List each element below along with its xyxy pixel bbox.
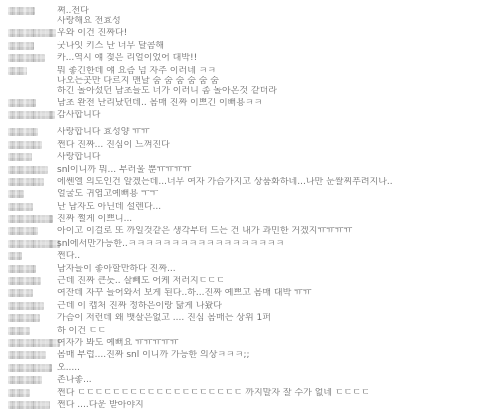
- username-column: [8, 338, 57, 347]
- comment-text-line: 여잔데 자꾸 들어와서 보게 된다..하...진짜 예쁘고 몸매 대박 ㅠㅠ: [57, 288, 476, 298]
- redacted-username[interactable]: [8, 314, 40, 322]
- comment-row: 사랑합니다 효성양 ㅠㅠ: [8, 127, 476, 137]
- comment-text-line: 쩐다 ㄷㄷㄷㄷㄷㄷㄷㄷㄷㄷㄷㄷㄷㄷㄷㄷㄷㄷㄷ 까지말자 잘 수가 없네 ㄷㄷㄷㄷ: [57, 388, 476, 398]
- redacted-username[interactable]: [8, 227, 38, 235]
- comment-body: 몸매 부럽....진짜 snl 이니까 가능한 의상ㅋㅋㅋ;;: [57, 350, 476, 360]
- redacted-username[interactable]: [8, 166, 48, 174]
- comment-text-line: 우와 이건 진짜다!: [57, 28, 476, 38]
- comment-row: snl에서만가능한..ㅋㅋㅋㅋㅋㅋㅋㅋㅋㅋㅋㅋㅋㅋㅋㅋㅋㅋ: [8, 239, 476, 249]
- comment-text-line: 난 남자도 아닌데 설렌다...: [57, 202, 476, 212]
- comment-row: 존나좋...: [8, 375, 476, 385]
- redacted-username[interactable]: [8, 190, 24, 198]
- comment-text-line: 쩐다 진짜... 진심이 느껴진다: [57, 140, 476, 150]
- redacted-username[interactable]: [8, 327, 30, 335]
- redacted-username[interactable]: [8, 289, 33, 297]
- redacted-username[interactable]: [8, 141, 42, 149]
- comment-text-line: 근데 진짜 큰듯.. 살빼도 어케 저러지ㄷㄷㄷ: [57, 276, 476, 286]
- redacted-username[interactable]: [8, 265, 36, 273]
- comment-row: 하 이건 ㄷㄷ: [8, 326, 476, 336]
- redacted-username[interactable]: [8, 29, 56, 37]
- username-column: [8, 363, 57, 372]
- redacted-username[interactable]: [8, 389, 30, 397]
- comment-text-line: 에쎈엘 의도인건 알겠는데...너무 여자 가슴가지고 상품화하네...나만 눈…: [57, 177, 476, 187]
- username-column: [8, 98, 57, 107]
- redacted-username[interactable]: [8, 42, 34, 50]
- redacted-username[interactable]: [8, 240, 60, 248]
- username-column: [8, 239, 57, 248]
- redacted-username[interactable]: [8, 111, 55, 119]
- comment-body: 근데 진짜 큰듯.. 살빼도 어케 저러지ㄷㄷㄷ: [57, 276, 476, 286]
- username-column: [8, 177, 57, 186]
- username-column: [8, 127, 57, 136]
- comment-body: 감사합니다: [57, 110, 476, 120]
- comment-body: 뭐 좋긴한데 얘 요즘 넘 자주 이러네 ㅋㅋ나오는곳만 다르지 맨날 숨 숨 …: [57, 66, 476, 96]
- redacted-username[interactable]: [8, 252, 22, 260]
- redacted-username[interactable]: [8, 376, 42, 384]
- username-column: [8, 214, 57, 223]
- comment-body: 하 이건 ㄷㄷ: [57, 326, 476, 336]
- comment-body: 여잔데 자꾸 들어와서 보게 된다..하...진짜 예쁘고 몸매 대박 ㅠㅠ: [57, 288, 476, 298]
- comment-body: snl이니까 뭐... 부러울 뿐ㅠㅠㅠㅠ: [57, 165, 476, 175]
- comment-body: 쩐다..: [57, 251, 476, 261]
- redacted-username[interactable]: [8, 277, 41, 285]
- comment-row: 난 남자도 아닌데 설렌다...: [8, 202, 476, 212]
- username-column: [8, 189, 57, 198]
- comment-body: 여자가 봐도 예뻐요 ㅠㅠㅠㅠㅠ: [57, 338, 476, 348]
- comment-row: 아이고 이걸로 또 까일것같은 생각부터 드는 건 내가 과민한 거겠지ㅠㅠㅠㅠ: [8, 226, 476, 236]
- comment-text-line: 남자들이 좋아할만하다 진짜...: [57, 264, 476, 274]
- comment-body: 아이고 이걸로 또 까일것같은 생각부터 드는 건 내가 과민한 거겠지ㅠㅠㅠㅠ: [57, 226, 476, 236]
- comment-body: 진짜 쩔게 이쁘니...: [57, 214, 476, 224]
- comment-body: 근데 이 캡처 진짜 정하은이랑 닮게 나왔다: [57, 301, 476, 311]
- redacted-username[interactable]: [8, 364, 52, 372]
- comment-row: 진짜 쩔게 이쁘니...: [8, 214, 476, 224]
- comment-text-line: 얼굴도 귀엽고예뻐용 ㅜㅜ: [57, 189, 476, 199]
- comment-row: 여자가 봐도 예뻐요 ㅠㅠㅠㅠㅠ: [8, 338, 476, 348]
- redacted-username[interactable]: [8, 178, 44, 186]
- redacted-username[interactable]: [8, 99, 36, 107]
- comment-text-line: 하 이건 ㄷㄷ: [57, 326, 476, 336]
- comment-row: 굿나잇 키스 난 너무 달콤해: [8, 41, 476, 51]
- username-column: [8, 140, 57, 149]
- comment-body: 우와 이건 진짜다!: [57, 28, 476, 38]
- comment-text-line: 사랑합니다: [57, 152, 476, 162]
- redacted-username[interactable]: [8, 203, 33, 211]
- comment-list: 쪄..전다사랑해요 전효성 우와 이건 진짜다! 굿나잇 키스 난 너무 달콤해…: [0, 0, 480, 410]
- username-column: [8, 388, 57, 397]
- username-column: [8, 276, 57, 285]
- comment-row: snl이니까 뭐... 부러울 뿐ㅠㅠㅠㅠ: [8, 165, 476, 175]
- redacted-username[interactable]: [8, 351, 46, 359]
- redacted-username[interactable]: [8, 54, 45, 62]
- comment-body: 쩐다 진짜... 진심이 느껴진다: [57, 140, 476, 150]
- redacted-username[interactable]: [8, 302, 44, 310]
- comment-body: 존나좋...: [57, 375, 476, 385]
- redacted-username[interactable]: [8, 67, 27, 75]
- comment-text-line: 사랑합니다 효성양 ㅠㅠ: [57, 127, 476, 137]
- comment-text-line: 사랑해요 전효성: [57, 16, 476, 26]
- username-column: [8, 326, 57, 335]
- username-column: [8, 110, 57, 119]
- username-column: [8, 264, 57, 273]
- username-column: [8, 400, 57, 409]
- comment-text-line: snl에서만가능한..ㅋㅋㅋㅋㅋㅋㅋㅋㅋㅋㅋㅋㅋㅋㅋㅋㅋㅋ: [57, 239, 476, 249]
- comment-row: 쩐다..: [8, 251, 476, 261]
- redacted-username[interactable]: [8, 153, 32, 161]
- comment-row: 근데 이 캡처 진짜 정하은이랑 닮게 나왔다: [8, 301, 476, 311]
- comment-text-line: 오.....: [57, 363, 476, 373]
- username-column: [8, 66, 57, 75]
- comment-body: snl에서만가능한..ㅋㅋㅋㅋㅋㅋㅋㅋㅋㅋㅋㅋㅋㅋㅋㅋㅋㅋ: [57, 239, 476, 249]
- comment-body: 난 남자도 아닌데 설렌다...: [57, 202, 476, 212]
- comment-row: 남자들이 좋아할만하다 진짜...: [8, 264, 476, 274]
- username-column: [8, 226, 57, 235]
- comment-body: 남자들이 좋아할만하다 진짜...: [57, 264, 476, 274]
- username-column: [8, 202, 57, 211]
- comment-text-line: 근데 이 캡처 진짜 정하은이랑 닮게 나왔다: [57, 301, 476, 311]
- comment-row: 가슴이 저런데 왜 뱃살은없고 .... 진심 몸매는 상위 1퍼: [8, 313, 476, 323]
- comment-body: 카...역시 얘 젖은 리얼이었어 대박!!: [57, 53, 476, 63]
- comment-row: 사랑합니다: [8, 152, 476, 162]
- comment-text-line: 진짜 쩔게 이쁘니...: [57, 214, 476, 224]
- comment-row: 여잔데 자꾸 들어와서 보게 된다..하...진짜 예쁘고 몸매 대박 ㅠㅠ: [8, 288, 476, 298]
- username-column: [8, 152, 57, 161]
- comment-row: 오.....: [8, 363, 476, 373]
- username-column: [8, 301, 57, 310]
- comment-row: 몸매 부럽....진짜 snl 이니까 가능한 의상ㅋㅋㅋ;;: [8, 350, 476, 360]
- comment-body: 얼굴도 귀엽고예뻐용 ㅜㅜ: [57, 189, 476, 199]
- comment-text-line: 남초 완전 난리났던데.. 몸매 진짜 이쁘긴 이뻐용ㅋㅋ: [57, 98, 476, 108]
- comment-text-line: 카...역시 얘 젖은 리얼이었어 대박!!: [57, 53, 476, 63]
- comment-text-line: 몸매 부럽....진짜 snl 이니까 가능한 의상ㅋㅋㅋ;;: [57, 350, 476, 360]
- username-column: [8, 28, 57, 37]
- username-column: [8, 251, 57, 260]
- comment-row: 우와 이건 진짜다!: [8, 28, 476, 38]
- comment-body: 가슴이 저런데 왜 뱃살은없고 .... 진심 몸매는 상위 1퍼: [57, 313, 476, 323]
- comment-text-line: 쩐다 ....다운 받아야지: [57, 400, 476, 410]
- redacted-username[interactable]: [8, 215, 53, 223]
- comment-row: 남초 완전 난리났던데.. 몸매 진짜 이쁘긴 이뻐용ㅋㅋ: [8, 98, 476, 108]
- username-column: [8, 375, 57, 384]
- comment-body: 사랑합니다: [57, 152, 476, 162]
- comment-body: 쩐다 ㄷㄷㄷㄷㄷㄷㄷㄷㄷㄷㄷㄷㄷㄷㄷㄷㄷㄷㄷ 까지말자 잘 수가 없네 ㄷㄷㄷㄷ: [57, 388, 476, 398]
- comment-row: 쩐다 진짜... 진심이 느껴진다: [8, 140, 476, 150]
- redacted-username[interactable]: [8, 401, 50, 409]
- comment-row: 뭐 좋긴한데 얘 요즘 넘 자주 이러네 ㅋㅋ나오는곳만 다르지 맨날 숨 숨 …: [8, 66, 476, 96]
- username-column: [8, 288, 57, 297]
- comment-text-line: 아이고 이걸로 또 까일것같은 생각부터 드는 건 내가 과민한 거겠지ㅠㅠㅠㅠ: [57, 226, 476, 236]
- redacted-username[interactable]: [8, 339, 60, 347]
- comment-body: 사랑합니다 효성양 ㅠㅠ: [57, 127, 476, 137]
- comment-text-line: 나오는곳만 다르지 맨날 숨 숨 숨 숨 숨 숨: [57, 76, 476, 86]
- comment-text-line: 여자가 봐도 예뻐요 ㅠㅠㅠㅠㅠ: [57, 338, 476, 348]
- comment-body: 쪄..전다사랑해요 전효성: [57, 6, 476, 26]
- comment-row: 카...역시 얘 젖은 리얼이었어 대박!!: [8, 53, 476, 63]
- comment-text-line: 감사합니다: [57, 110, 476, 120]
- comment-body: 에쎈엘 의도인건 알겠는데...너무 여자 가슴가지고 상품화하네...나만 눈…: [57, 177, 476, 187]
- comment-row: 쩐다 ....다운 받아야지: [8, 400, 476, 410]
- comment-body: 쩐다 ....다운 받아야지: [57, 400, 476, 410]
- comment-body: 굿나잇 키스 난 너무 달콤해: [57, 41, 476, 51]
- comment-body: 남초 완전 난리났던데.. 몸매 진짜 이쁘긴 이뻐용ㅋㅋ: [57, 98, 476, 108]
- username-column: [8, 313, 57, 322]
- comment-text-line: snl이니까 뭐... 부러울 뿐ㅠㅠㅠㅠ: [57, 165, 476, 175]
- comment-text-line: 하긴 돌아섰던 남초들도 너가 이러니 좀 돌아온것 같더라: [57, 86, 476, 96]
- redacted-username[interactable]: [8, 128, 38, 136]
- comment-text-line: 굿나잇 키스 난 너무 달콤해: [57, 41, 476, 51]
- comment-row: 쪄..전다사랑해요 전효성: [8, 6, 476, 26]
- comment-body: 오.....: [57, 363, 476, 373]
- username-column: [8, 350, 57, 359]
- username-column: [8, 165, 57, 174]
- username-column: [8, 41, 57, 50]
- username-column: [8, 6, 57, 15]
- comment-row: 감사합니다: [8, 110, 476, 120]
- redacted-username[interactable]: [8, 7, 35, 15]
- username-column: [8, 53, 57, 62]
- comment-row: 근데 진짜 큰듯.. 살빼도 어케 저러지ㄷㄷㄷ: [8, 276, 476, 286]
- comment-row: 에쎈엘 의도인건 알겠는데...너무 여자 가슴가지고 상품화하네...나만 눈…: [8, 177, 476, 187]
- comment-text-line: 쩐다..: [57, 251, 476, 261]
- comment-text-line: 가슴이 저런데 왜 뱃살은없고 .... 진심 몸매는 상위 1퍼: [57, 313, 476, 323]
- comment-text-line: 쪄..전다: [57, 6, 476, 16]
- comment-row: 얼굴도 귀엽고예뻐용 ㅜㅜ: [8, 189, 476, 199]
- comment-text-line: 뭐 좋긴한데 얘 요즘 넘 자주 이러네 ㅋㅋ: [57, 66, 476, 76]
- comment-row: 쩐다 ㄷㄷㄷㄷㄷㄷㄷㄷㄷㄷㄷㄷㄷㄷㄷㄷㄷㄷㄷ 까지말자 잘 수가 없네 ㄷㄷㄷㄷ: [8, 388, 476, 398]
- comment-text-line: 존나좋...: [57, 375, 476, 385]
